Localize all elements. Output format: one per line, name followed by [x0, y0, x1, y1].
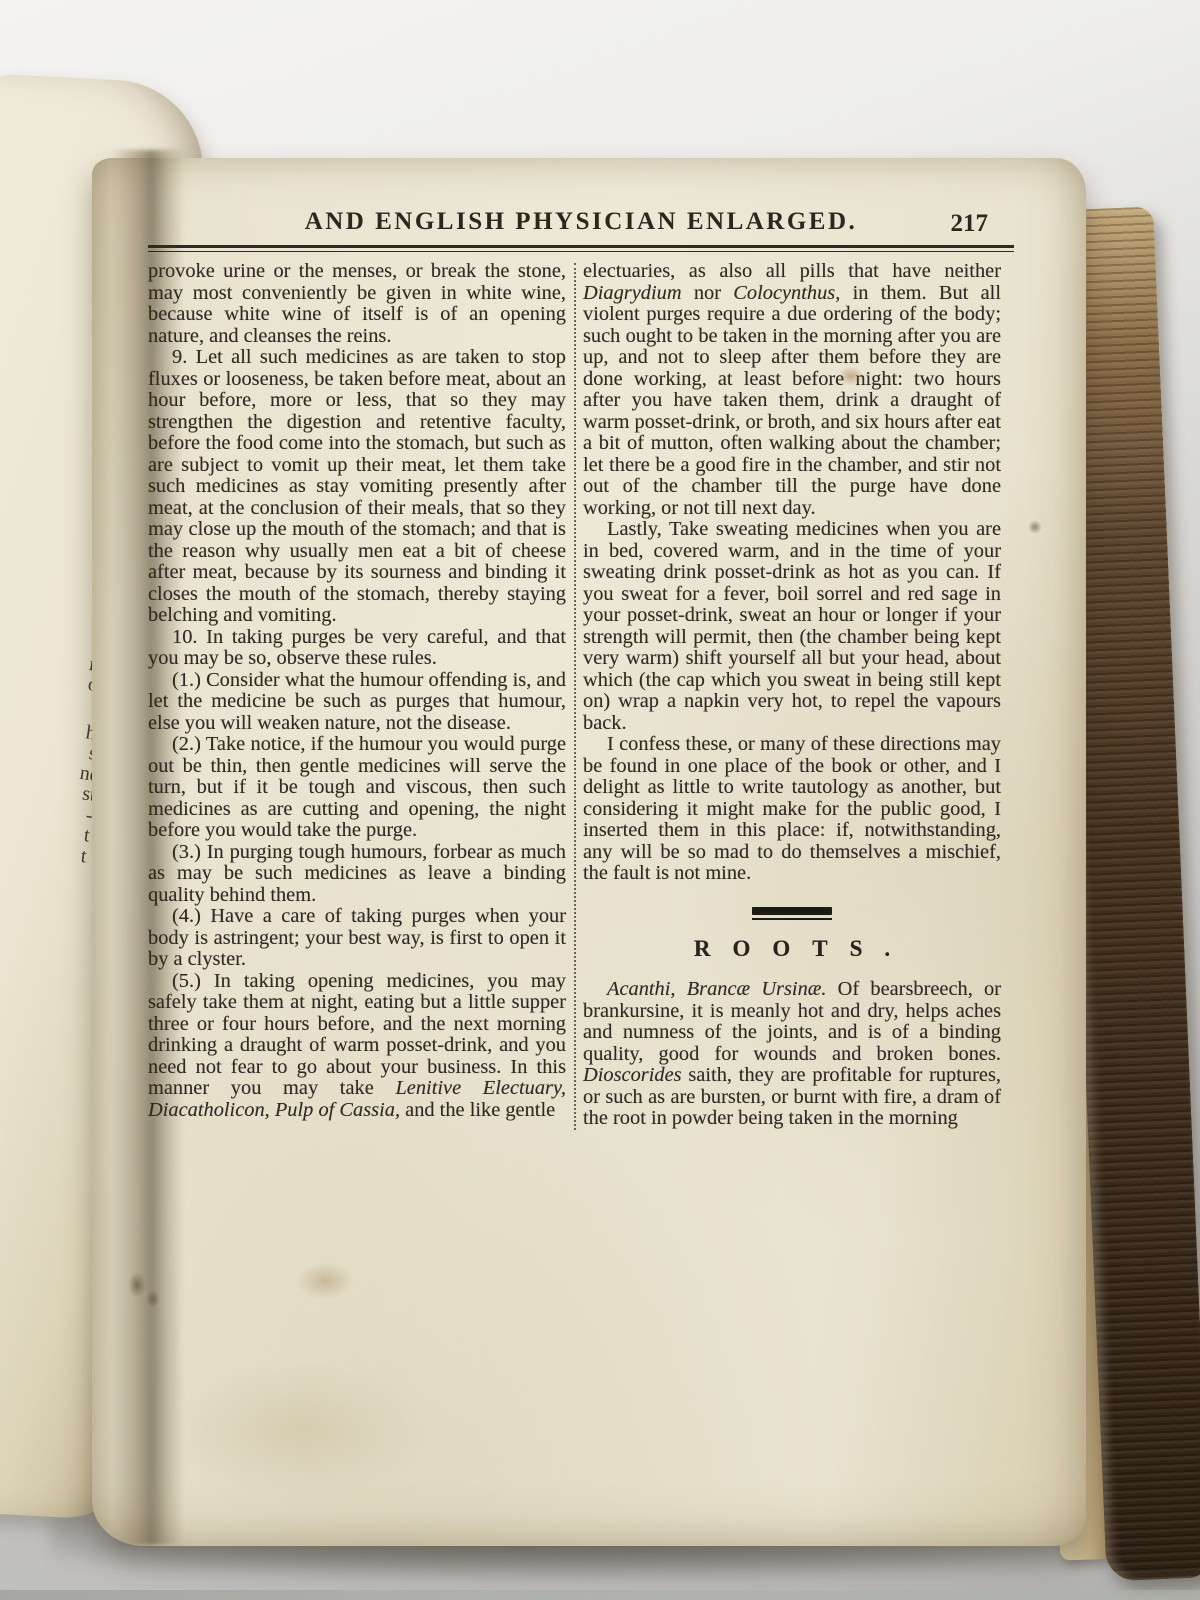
page-number: 217: [951, 210, 989, 238]
paragraph: Acanthi, Brancæ Ursinæ. Of bearsbreech, …: [583, 979, 1001, 1130]
page-content: AND ENGLISH PHYSICIAN ENLARGED. 217 prov…: [148, 208, 1014, 1130]
section-heading: ROOTS.: [583, 938, 1001, 960]
paragraph: provoke urine or the menses, or break th…: [148, 261, 566, 347]
paragraph: electuaries, as also all pills that have…: [583, 261, 1001, 519]
paragraph: (5.) In taking opening medicines, you ma…: [148, 971, 566, 1122]
paragraph: (3.) In purging tough humours, forbear a…: [148, 842, 566, 907]
paragraph: 10. In taking purges be very careful, an…: [148, 627, 566, 670]
book-gutter-shadow: [112, 150, 184, 1545]
paragraph: (4.) Have a care of taking purges when y…: [148, 906, 566, 971]
page-header-title: AND ENGLISH PHYSICIAN ENLARGED.: [148, 208, 1014, 236]
paragraph: (1.) Consider what the humour offending …: [148, 670, 566, 735]
header-double-rule: [148, 245, 1014, 252]
divider-thick-bar: [752, 907, 832, 915]
paragraph: I confess these, or many of these direct…: [583, 734, 1001, 885]
two-column-text: provoke urine or the menses, or break th…: [148, 261, 1014, 1130]
paragraph: (2.) Take notice, if the humour you woul…: [148, 734, 566, 842]
left-column: provoke urine or the menses, or break th…: [148, 261, 566, 1130]
running-head: AND ENGLISH PHYSICIAN ENLARGED. 217: [148, 208, 1014, 242]
text-fragment-group: hes,nest-tt: [0, 705, 106, 866]
book-photo: l, or atake thelease ;resent,curedof the…: [0, 0, 1200, 1600]
paragraph: Lastly, Take sweating medicines when you…: [583, 519, 1001, 734]
column-divider-rule: [574, 263, 576, 1130]
divider-thin-rule: [752, 918, 832, 920]
section-divider: [752, 907, 832, 920]
right-column-bottom: Acanthi, Brancæ Ursinæ. Of bearsbreech, …: [583, 979, 1001, 1130]
right-column: electuaries, as also all pills that have…: [583, 261, 1001, 1130]
right-page: AND ENGLISH PHYSICIAN ENLARGED. 217 prov…: [92, 158, 1086, 1546]
paragraph: 9. Let all such medicines as are taken t…: [148, 347, 566, 627]
right-column-top: electuaries, as also all pills that have…: [583, 261, 1001, 885]
